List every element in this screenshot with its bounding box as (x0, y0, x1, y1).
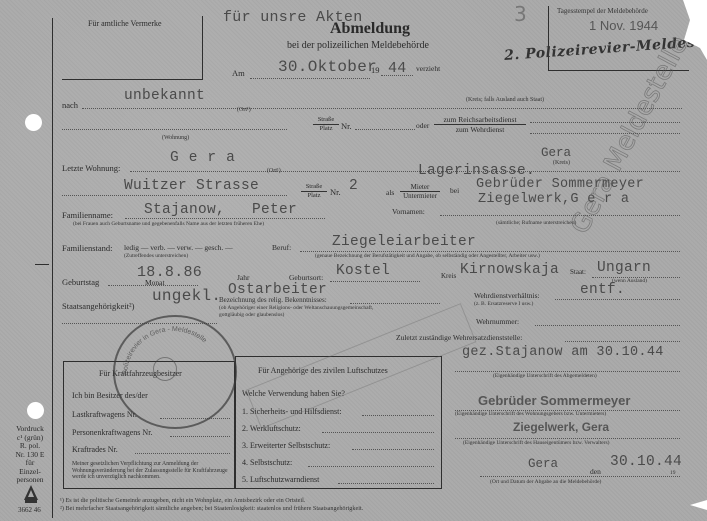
vehicle-note: Meiner gesetzlichen Verpflichtung zur An… (72, 461, 230, 481)
verzieht-label: verzieht (416, 64, 440, 73)
vornamen-label: Vornamen: (392, 207, 425, 216)
familienstand-options: ledig — verb. — verw. — gesch. — (124, 243, 233, 252)
company-stamp-1: Gebrüder Sommermeyer (478, 393, 630, 408)
kreis-field: Kirnowskaja (460, 262, 559, 278)
air-raid-item-2: 2. Werkluftschutz: (242, 424, 301, 433)
air-raid-item-5: 5. Luftschutzwarndienst (242, 475, 319, 484)
daily-stamp-date: 1 Nov. 1944 (589, 18, 658, 33)
wehrdienst-verh-note: (z. B. Ersatzreserve I usw.) (474, 301, 533, 307)
strasse-platz-fraction: Straße Platz (313, 116, 339, 133)
margin-tick (35, 264, 49, 265)
official-notes-box: Für amtliche Vermerke (62, 16, 203, 80)
bei-label: bei (450, 186, 459, 195)
kreis-label: Kreis (441, 272, 456, 280)
form-code: Vordruck c¹ (grün) R. pol. Nr. 130 E für… (8, 425, 52, 485)
form-subtitle: bei der polizeilichen Meldebehörde (287, 40, 429, 51)
beruf-field: Ziegeleiarbeiter (332, 234, 476, 250)
sig-wohnungsgeber-note: (Eigenhändige Unterschrift des Wohnungsg… (455, 411, 606, 417)
sig-hauseigentuemer-note: (Eigenhändige Unterschrift des Hauseigen… (463, 440, 609, 446)
beruf-note: (genaue Bezeichnung der Berufstätigkeit … (315, 253, 540, 259)
letzte-wohnung-label: Letzte Wohnung: (62, 163, 120, 173)
geburtstag-label: Geburtstag (62, 277, 99, 287)
geburtsort-field: Kostel (336, 263, 390, 279)
company-stamp-2: Ziegelwerk, Gera (513, 420, 609, 434)
service-fraction: zum Reichsarbeitsdienst zum Wehrdienst (434, 115, 526, 134)
punch-hole-top (25, 114, 42, 131)
signature-field: gez.Stajanow am 30.10.44 (462, 345, 664, 360)
letzte-kreis-field: Gera (541, 146, 571, 160)
familienstand-label: Familienstand: (62, 243, 113, 253)
vehicle-line-4: Kraftrades Nr. (72, 445, 118, 454)
religion-note-1: (ob Angehöriger einer Religions- oder We… (219, 305, 373, 311)
am-label: Am (232, 68, 245, 78)
sig-abgemeldet-note: (Eigenhändige Unterschrift des Abgemelde… (493, 373, 597, 379)
geburtsort-label: Geburtsort: (289, 273, 323, 282)
wohnung-note: (Wohnung) (162, 135, 189, 141)
strasse-field: Wuitzer Strasse (124, 178, 259, 194)
kreis-note: (Kreis; falls Ausland auch Staat) (466, 97, 544, 103)
ort-datum-note: (Ort und Datum der Abgabe an die Meldebe… (490, 479, 601, 485)
svg-text:Polizeirevier in Gera - Meldes: Polizeirevier in Gera - Meldestelle (122, 326, 208, 375)
kreis-small-note: (Kreis) (553, 160, 570, 166)
vorname-field: Peter (252, 202, 297, 218)
wehrnummer-label: Wehrnummer: (476, 317, 519, 326)
nach-label: nach (62, 100, 78, 110)
abgabe-datum-field: 30.10.44 (610, 454, 682, 470)
vehicle-line-3: Personenkraftwagens Nr. (72, 428, 152, 437)
strasse-platz-fraction-2: Straße Platz (301, 183, 327, 200)
beruf-label: Beruf: (272, 243, 291, 252)
form-title: Abmeldung (330, 20, 410, 38)
round-stamp-text-icon: Polizeirevier in Gera - Meldestelle (113, 315, 233, 425)
print-number: 3662 46 (18, 506, 41, 514)
margin-line (52, 18, 53, 518)
vornamen-note: (sämtliche; Rufname unterstreichen) (496, 220, 576, 226)
den-label: den (590, 467, 601, 476)
registration-form-paper: Vordruck c¹ (grün) R. pol. Nr. 130 E für… (0, 0, 707, 521)
daily-stamp-label: Tagesstempel der Meldebehörde (557, 7, 648, 15)
abgabe-ort-field: Gera (528, 457, 558, 471)
jahr-label: Jahr (237, 273, 250, 282)
religion-label: Bezeichnung des relig. Bekenntnisses: (219, 296, 327, 304)
familienname-note: (bei Frauen auch Geburtsname und gegeben… (73, 221, 264, 227)
footnote-1: ¹) Es ist die politische Gemeinde anzuge… (60, 497, 305, 504)
handwritten-number: 3 (514, 2, 527, 26)
ort-note: (Ort¹) (237, 107, 251, 113)
staat-label: Staat: (570, 268, 586, 276)
letzte-ort-field: Gera (170, 150, 245, 166)
date-field: 30.Oktober (278, 58, 377, 76)
ort-note-2: (Ort¹) (267, 168, 281, 174)
printer-logo-icon (24, 485, 38, 503)
mieter-fraction: Mieter Untermieter (400, 183, 440, 200)
wehrdienst-verh-label: Wehrdienstverhältnis: (474, 291, 540, 300)
staatsangehoerigkeit-label: Staatsangehörigkeit²) (62, 301, 134, 311)
familienstand-note: (Zutreffendes unterstreichen) (124, 253, 188, 259)
staat-field: Ungarn (597, 260, 651, 276)
familienname-field: Stajanow, (144, 202, 225, 218)
destination-field: unbekannt (124, 88, 205, 104)
air-raid-item-4: 4. Selbstschutz: (242, 458, 292, 467)
als-label: als (386, 188, 394, 197)
punch-hole-bottom (27, 402, 44, 419)
air-raid-item-3: 3. Erweiterter Selbstschutz: (242, 441, 330, 450)
wehrdienst-field: entf. (580, 282, 625, 298)
year-prefix: 19 (371, 65, 380, 75)
year-field: 44 (388, 60, 407, 77)
hausnr-field: 2 (349, 178, 358, 194)
oder-label: oder (416, 121, 429, 130)
staatsangehoerigkeit-field: ungekl. (152, 287, 221, 305)
familienname-label: Familienname: (62, 210, 113, 220)
nr-label-2: Nr. (330, 187, 341, 197)
monat-label: Monat (145, 278, 165, 287)
official-notes-label: Für amtliche Vermerke (88, 19, 162, 28)
footnote-2: ²) Bei mehrfacher Staatsangehörigkeit sä… (60, 505, 363, 512)
round-stamp-text: Polizeirevier in Gera - Meldestelle (122, 326, 208, 375)
nr-label: Nr. (341, 121, 352, 131)
